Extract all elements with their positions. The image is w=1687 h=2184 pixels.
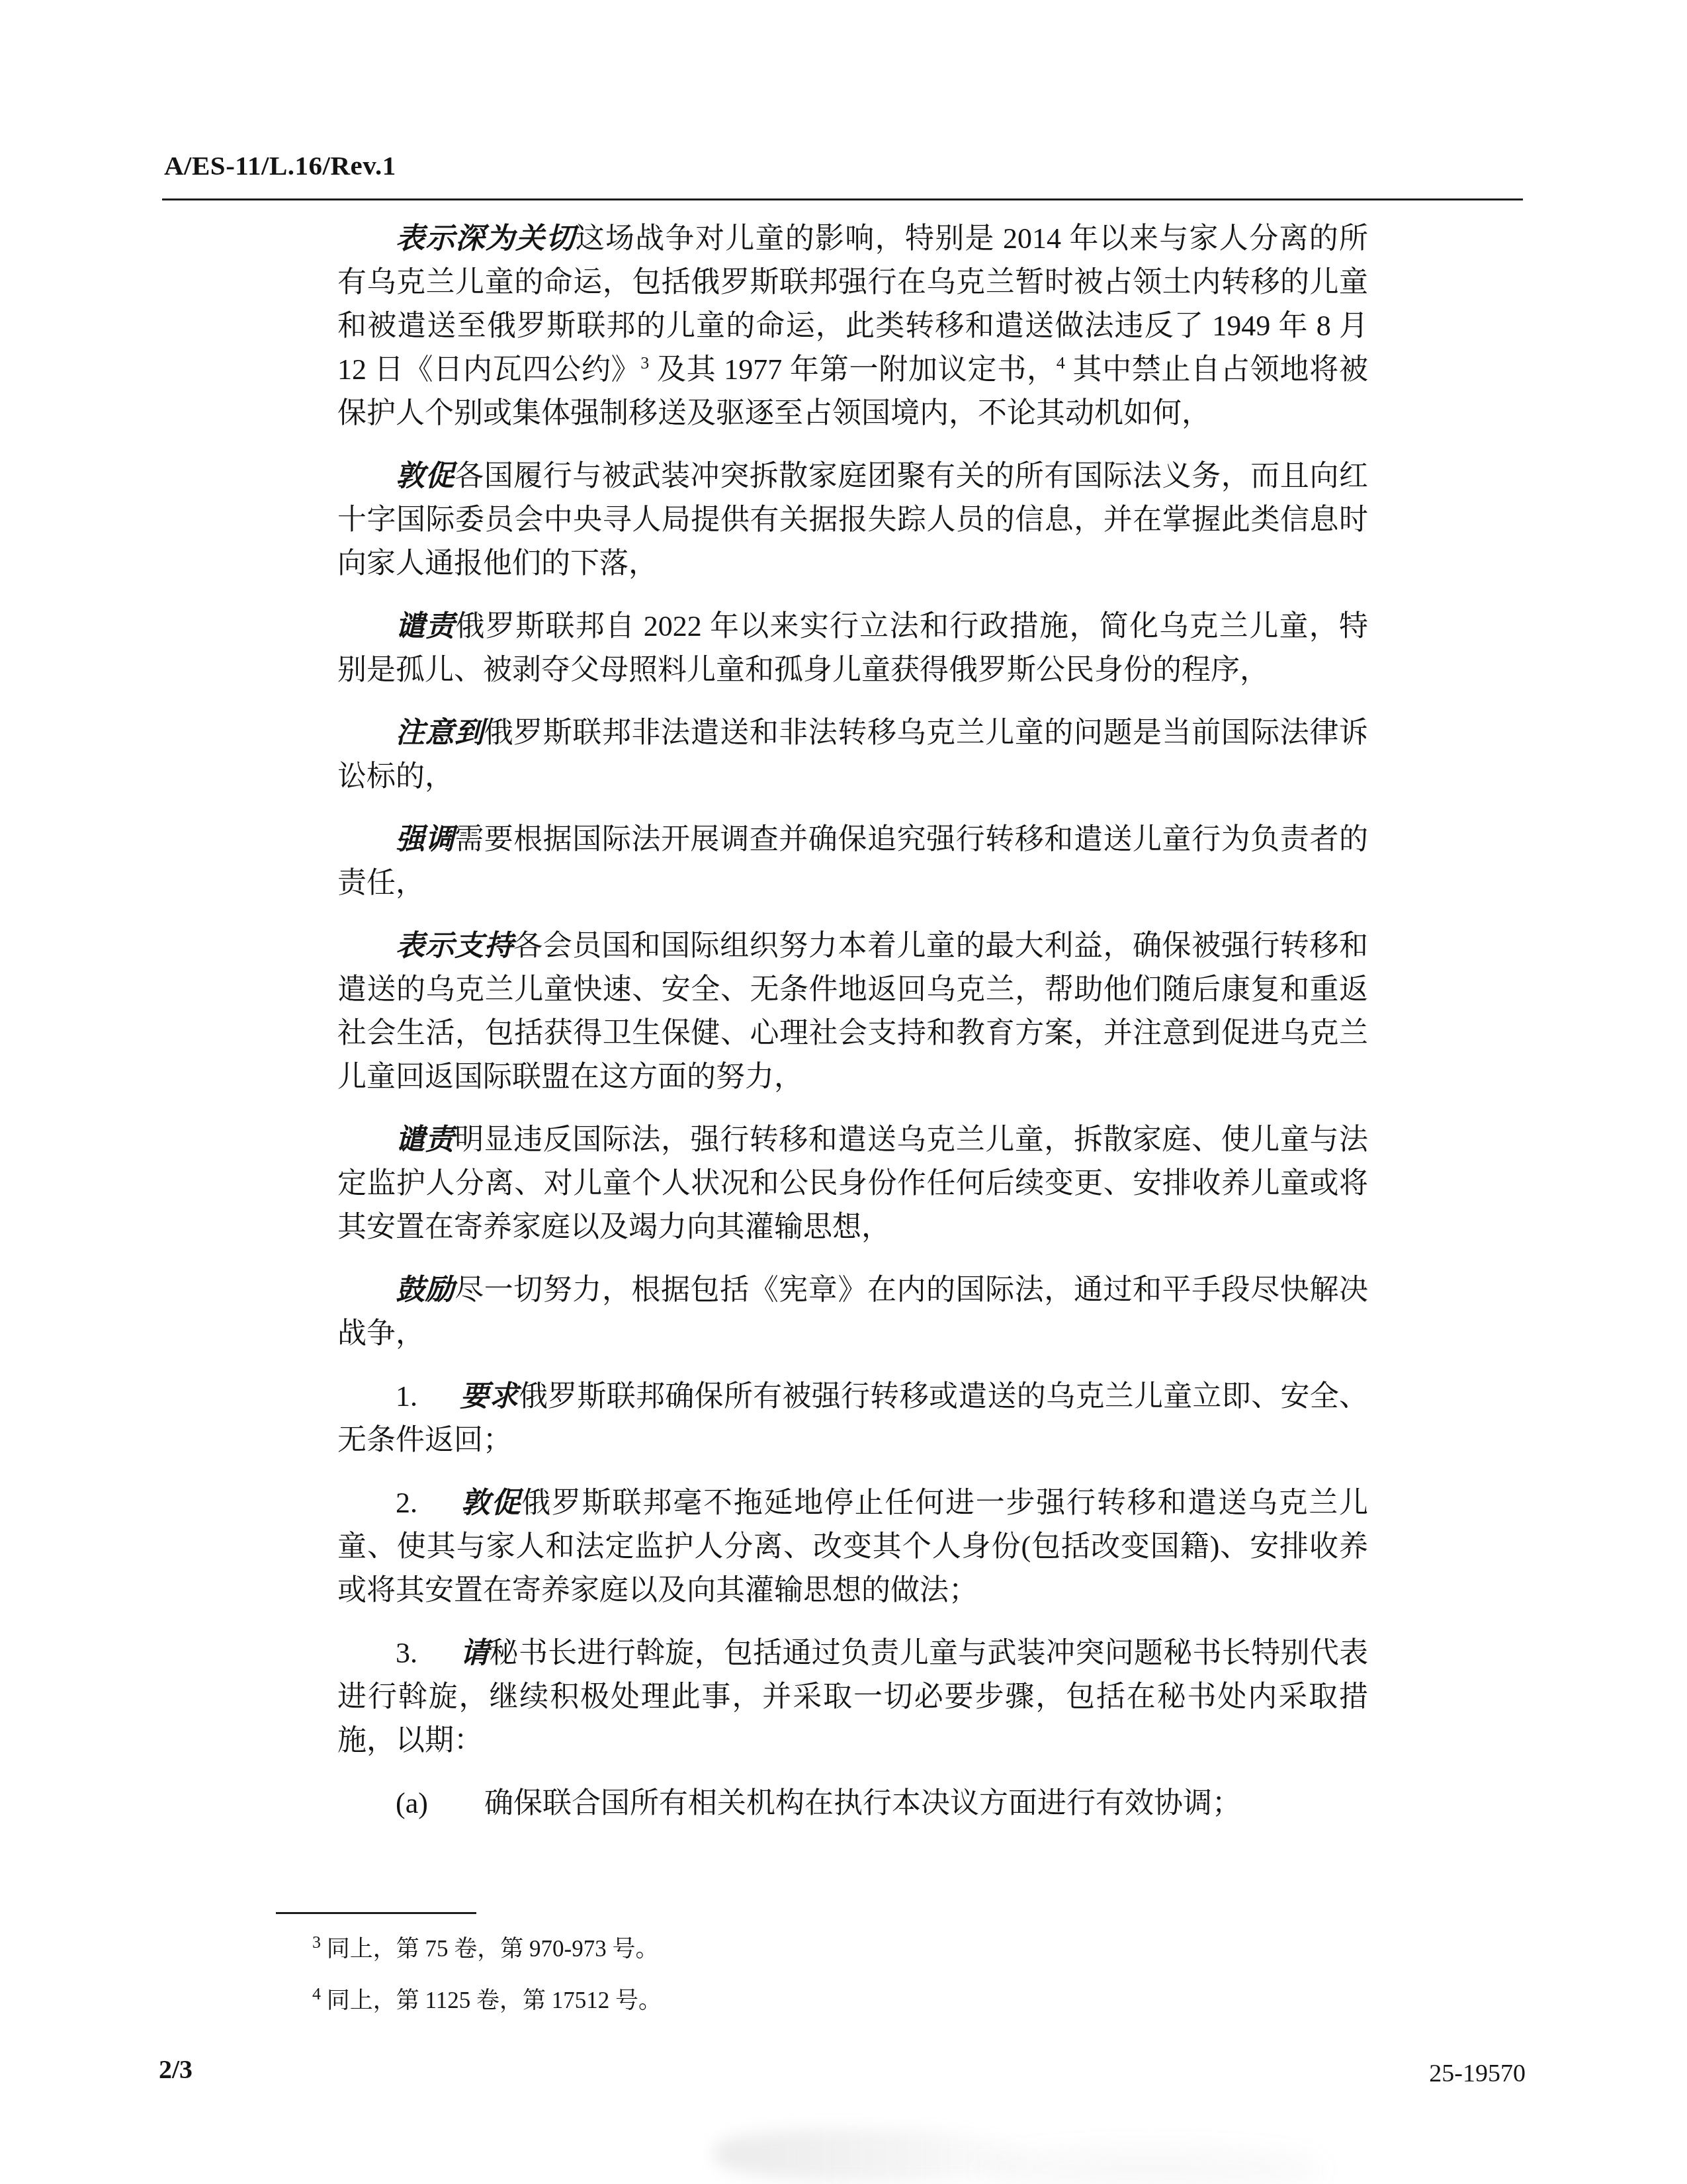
preambular-paragraph: 敦促各国履行与被武装冲突拆散家庭团聚有关的所有国际法义务，而且向红十字国际委员会… [337,455,1368,586]
resolution-text: 表示深为关切这场战争对儿童的影响，特别是 2014 年以来与家人分离的所有乌克兰… [337,217,1368,1845]
footnote-number: 4 [312,1984,321,2003]
page-number: 2/3 [159,2054,193,2085]
preambular-paragraph: 表示支持各会员国和国际组织努力本着儿童的最大利益，确保被强行转移和遣送的乌克兰儿… [337,924,1368,1099]
scan-artifact [979,2149,1323,2184]
lead-emphasis: 谴责 [396,1123,454,1156]
operative-paragraph: 3.请秘书长进行斡旋，包括通过负责儿童与武装冲突问题秘书长特别代表进行斡旋，继续… [337,1632,1368,1763]
footnote: 3 同上，第 75 卷，第 970-973 号。 [312,1934,1268,1964]
footnotes: 3 同上，第 75 卷，第 970-973 号。4 同上，第 1125 卷，第 … [276,1934,1268,2016]
lead-emphasis: 注意到 [396,717,484,749]
footnote-divider [276,1912,476,1914]
document-page: A/ES-11/L.16/Rev.1 表示深为关切这场战争对儿童的影响，特别是 … [0,0,1687,2184]
lead-emphasis: 表示支持 [396,930,513,962]
scan-artifact [714,2129,1032,2182]
preambular-paragraph: 注意到俄罗斯联邦非法遣送和非法转移乌克兰儿童的问题是当前国际法律诉讼标的， [337,711,1368,799]
footnote-section: 3 同上，第 75 卷，第 970-973 号。4 同上，第 1125 卷，第 … [276,1912,1268,2037]
preambular-paragraph: 谴责明显违反国际法，强行转移和遣送乌克兰儿童，拆散家庭、使儿童与法定监护人分离、… [337,1118,1368,1249]
job-number: 25-19570 [1429,2059,1526,2088]
lead-emphasis: 表示深为关切 [396,222,576,255]
paragraph-number: 1. [396,1375,460,1419]
operative-paragraph: 2.敦促俄罗斯联邦毫不拖延地停止任何进一步强行转移和遣送乌克兰儿童、使其与家人和… [337,1481,1368,1612]
sub-paragraph: (a)确保联合国所有相关机构在执行本决议方面进行有效协调； [337,1782,1368,1825]
preambular-paragraph: 鼓励尽一切努力，根据包括《宪章》在内的国际法，通过和平手段尽快解决战争， [337,1268,1368,1356]
lead-emphasis: 敦促 [460,1487,521,1519]
lead-emphasis: 强调 [396,823,454,855]
preambular-paragraph: 表示深为关切这场战争对儿童的影响，特别是 2014 年以来与家人分离的所有乌克兰… [337,217,1368,435]
lead-emphasis: 鼓励 [396,1274,454,1306]
lead-emphasis: 谴责 [396,610,456,642]
footnote-ref: 4 [1057,353,1065,372]
lead-emphasis: 请 [460,1637,490,1669]
paragraph-number: 3. [396,1632,460,1675]
footnote: 4 同上，第 1125 卷，第 17512 号。 [312,1986,1268,2016]
footnote-ref: 3 [640,353,649,372]
header-divider [162,198,1523,200]
preambular-paragraph: 强调需要根据国际法开展调查并确保追究强行转移和遣送儿童行为负责者的责任， [337,818,1368,905]
document-symbol: A/ES-11/L.16/Rev.1 [164,150,396,181]
paragraph-number: 2. [396,1481,460,1525]
lead-emphasis: 要求 [460,1380,519,1413]
lead-emphasis: 敦促 [396,460,454,492]
footnote-number: 3 [312,1933,321,1952]
paragraph-number: (a) [396,1782,484,1825]
operative-paragraph: 1.要求俄罗斯联邦确保所有被强行转移或遣送的乌克兰儿童立即、安全、无条件返回； [337,1375,1368,1462]
preambular-paragraph: 谴责俄罗斯联邦自 2022 年以来实行立法和行政措施，简化乌克兰儿童，特别是孤儿… [337,605,1368,692]
